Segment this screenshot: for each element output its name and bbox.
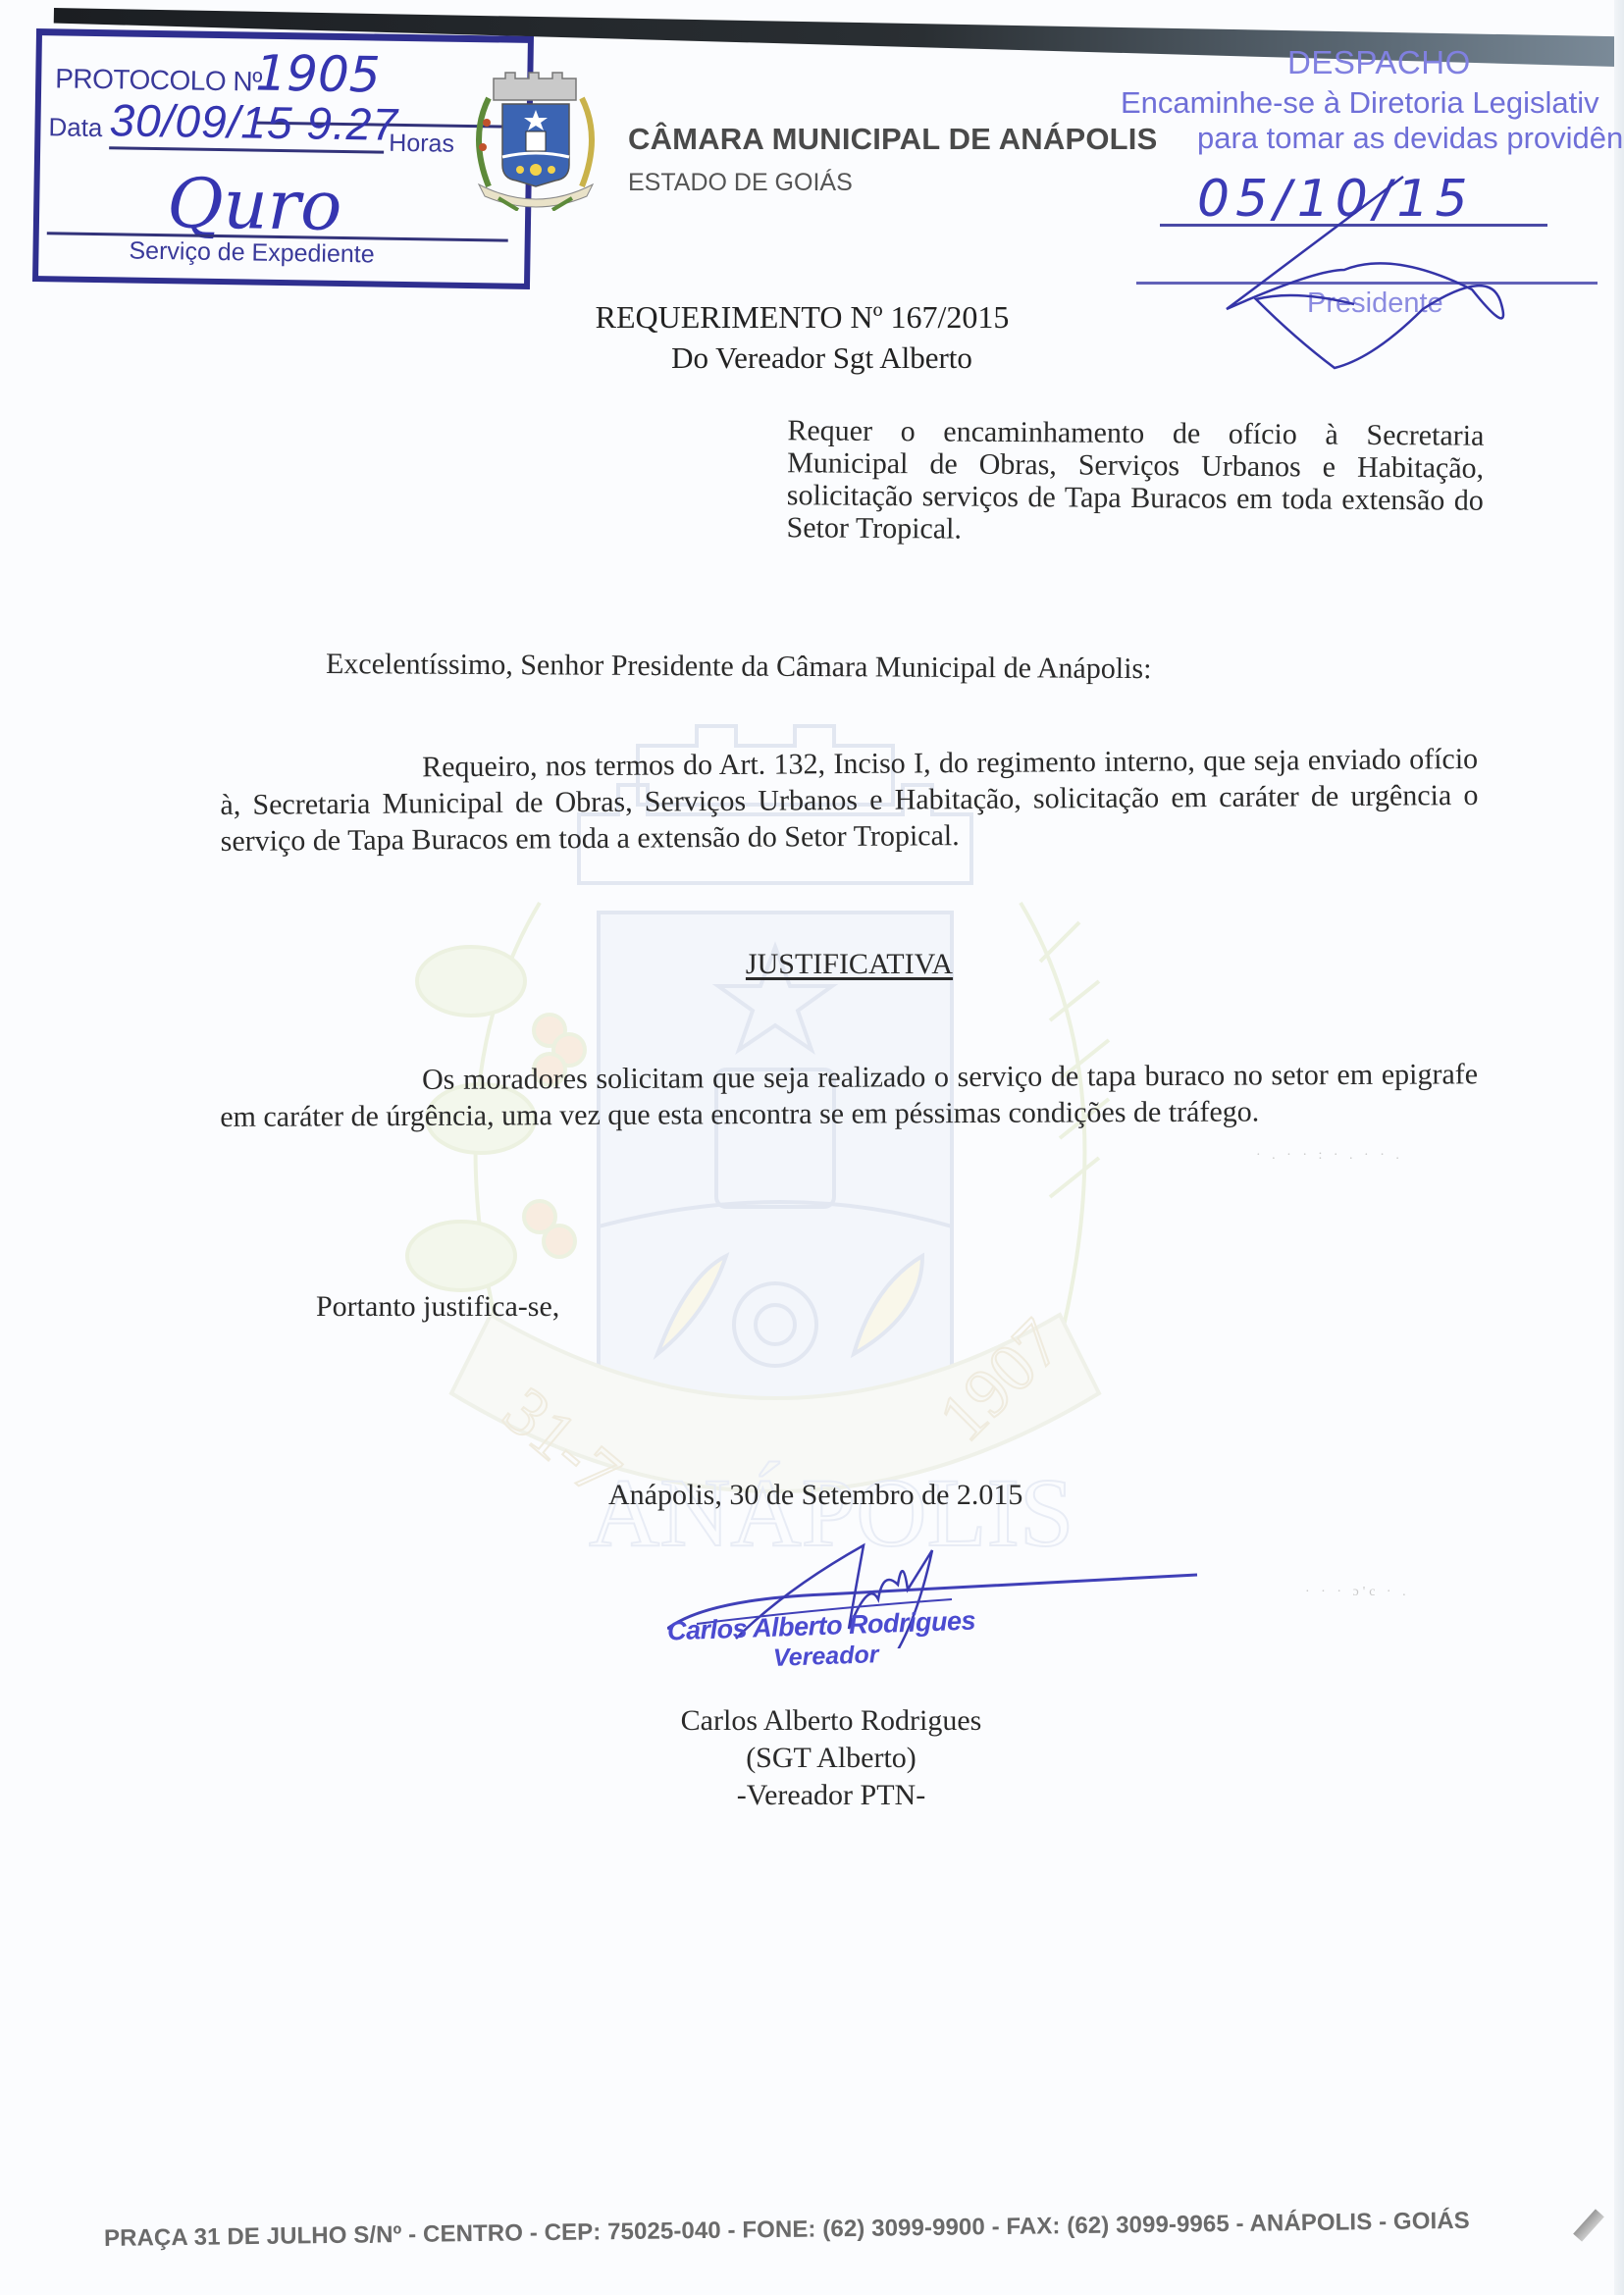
scan-corner-mark	[1573, 2209, 1604, 2241]
signature-stamp-role: Vereador	[773, 1641, 879, 1673]
protocol-date-value: 30/09/15 9.27	[109, 93, 398, 151]
footer-address: PRAÇA 31 DE JULHO S/Nº - CENTRO - CEP: 7…	[104, 2208, 1470, 2253]
document-title: REQUERIMENTO Nº 167/2015	[0, 299, 1624, 336]
document-summary: Requer o encaminhamento de ofício à Secr…	[786, 414, 1484, 549]
signatory-role: -Vereador PTN-	[586, 1777, 1076, 1814]
protocol-hours-label: Horas	[389, 130, 454, 159]
organization-state: ESTADO DE GOIÁS	[628, 169, 853, 197]
signatory-block: Carlos Alberto Rodrigues (SGT Alberto) -…	[589, 1702, 1079, 1814]
signatory-name: Carlos Alberto Rodrigues	[586, 1702, 1076, 1740]
protocol-stamp: PROTOCOLO Nº 1905 Data 30/09/15 9.27 Hor…	[32, 28, 534, 289]
protocol-date-label: Data	[48, 112, 102, 143]
salutation: Excelentíssimo, Senhor Presidente da Câm…	[326, 648, 1152, 686]
request-paragraph: Requeiro, nos termos do Art. 132, Inciso…	[220, 741, 1479, 860]
justification-heading: JUSTIFICATIVA	[0, 948, 1624, 981]
scan-noise: · · · ɔ'c · .	[1305, 1585, 1410, 1600]
protocol-number-label: PROTOCOLO Nº	[55, 63, 262, 97]
organization-name: CÂMARA MUNICIPAL DE ANÁPOLIS	[628, 122, 1158, 157]
protocol-department-label: Serviço de Expediente	[129, 237, 375, 270]
signatory-nickname: (SGT Alberto)	[586, 1740, 1076, 1777]
justification-paragraph: Os moradores solicitam que seja realizad…	[220, 1056, 1478, 1135]
scan-noise: · . · · : · . · · .	[1256, 1148, 1403, 1164]
document-author-line: Do Vereador Sgt Alberto	[0, 340, 1624, 376]
coat-of-arms-icon	[469, 69, 602, 211]
protocol-number-value: 1905	[255, 45, 381, 104]
place-date: Anápolis, 30 de Setembro de 2.015	[608, 1479, 1022, 1512]
closing-line: Portanto justifica-se,	[316, 1290, 559, 1324]
